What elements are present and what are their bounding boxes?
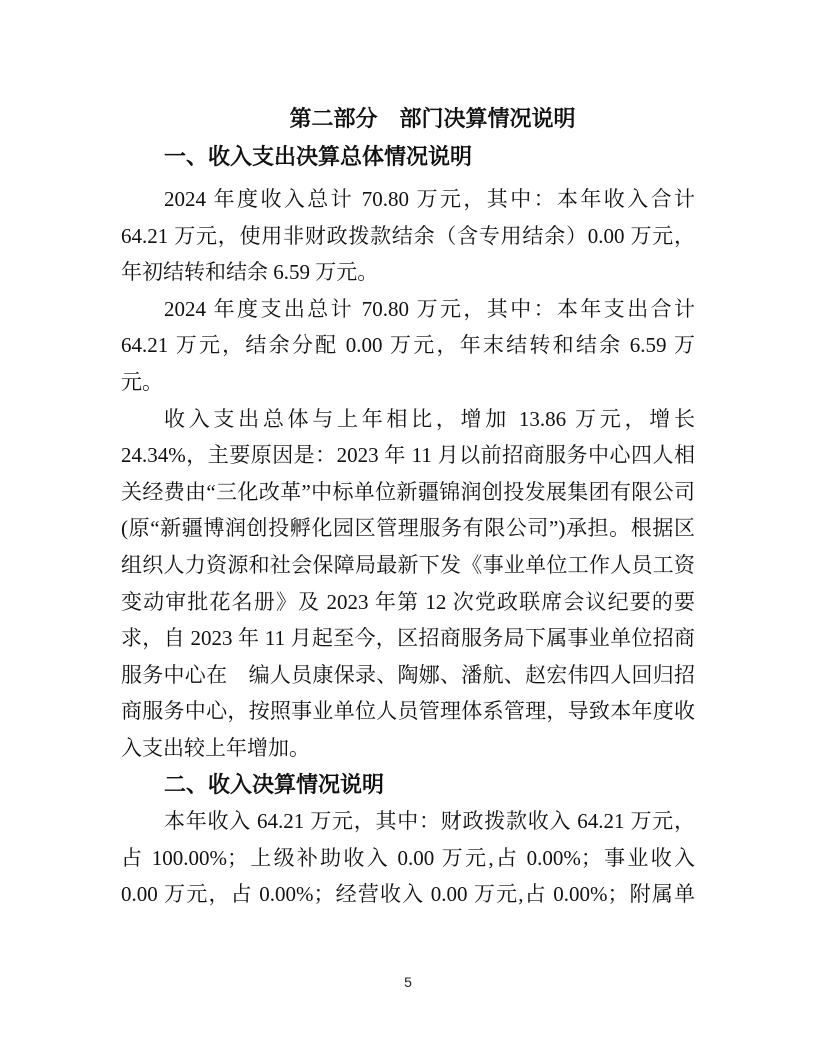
- text-line: 变动审批花名册》及 2023 年第 12 次党政联席会议纪要的要: [121, 584, 695, 621]
- document-title: 第二部分 部门决算情况说明: [121, 100, 695, 138]
- page-number: 5: [0, 972, 816, 992]
- text-line: 2024 年度收入总计 70.80 万元，其中：本年收入合计: [121, 181, 695, 218]
- text-line: 本年收入 64.21 万元，其中：财政拨款收入 64.21 万元，: [121, 803, 695, 840]
- section-heading-income-details: 二、收入决算情况说明: [121, 767, 695, 804]
- text-line: 64.21 万元，使用非财政拨款结余（含专用结余）0.00 万元，: [121, 218, 695, 255]
- text-line: 关经费由“三化改革”中标单位新疆锦润创投发展集团有限公司: [121, 474, 695, 511]
- text-line: 0.00 万元，占 0.00%；经营收入 0.00 万元,占 0.00%；附属单: [121, 876, 695, 913]
- text-line: 占 100.00%；上级补助收入 0.00 万元,占 0.00%；事业收入: [121, 840, 695, 877]
- section-heading-income-expenditure-overview: 一、收入支出决算总体情况说明: [164, 138, 472, 176]
- text-line: 组织人力资源和社会保障局最新下发《事业单位工作人员工资: [121, 547, 695, 584]
- document-body: 2024 年度收入总计 70.80 万元，其中：本年收入合计 64.21 万元，…: [121, 181, 695, 913]
- text-line: 64.21 万元，结余分配 0.00 万元，年末结转和结余 6.59 万: [121, 327, 695, 364]
- text-line: 年初结转和结余 6.59 万元。: [121, 254, 695, 291]
- text-line: 求，自 2023 年 11 月起至今，区招商服务局下属事业单位招商: [121, 620, 695, 657]
- text-line: 商服务中心，按照事业单位人员管理体系管理，导致本年度收: [121, 693, 695, 730]
- document-page: 第二部分 部门决算情况说明 一、收入支出决算总体情况说明 2024 年度收入总计…: [0, 0, 816, 1056]
- text-line: 收入支出总体与上年相比，增加 13.86 万元，增长: [121, 401, 695, 438]
- text-line: 服务中心在 编人员康保录、陶娜、潘航、赵宏伟四人回归招: [121, 657, 695, 694]
- text-line: 2024 年度支出总计 70.80 万元，其中：本年支出合计: [121, 291, 695, 328]
- text-line: 元。: [121, 364, 695, 401]
- text-line: 24.34%，主要原因是：2023 年 11 月以前招商服务中心四人相: [121, 437, 695, 474]
- text-line: (原“新疆博润创投孵化园区管理服务有限公司”)承担。根据区: [121, 510, 695, 547]
- text-line: 入支出较上年增加。: [121, 730, 695, 767]
